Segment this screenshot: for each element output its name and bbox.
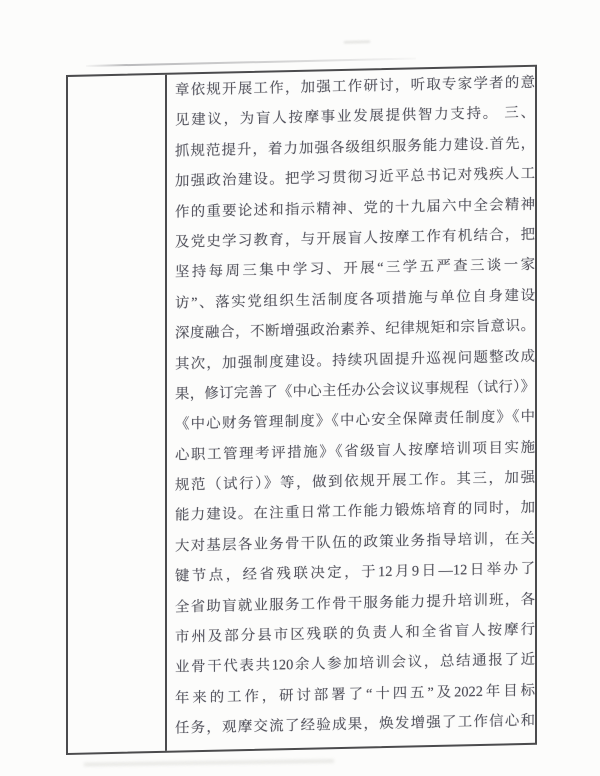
document-lines: 章依规开展工作，加强工作研讨，听取专家学者的意见建议，为盲人按摩事业发展提供智力…	[175, 68, 535, 744]
table-content-cell: 章依规开展工作，加强工作研讨，听取专家学者的意见建议，为盲人按摩事业发展提供智力…	[167, 67, 535, 751]
report-table: 章依规开展工作，加强工作研讨，听取专家学者的意见建议，为盲人按摩事业发展提供智力…	[66, 65, 537, 755]
scan-artifact-line	[86, 58, 416, 67]
text-line: 任务，观摩交流了经验成果，焕发增强了工作信心和	[175, 706, 535, 744]
scanned-document-page: 章依规开展工作，加强工作研讨，听取专家学者的意见建议，为盲人按摩事业发展提供智力…	[0, 0, 600, 776]
scan-artifact-smudge	[84, 760, 334, 766]
scan-artifact-dash	[344, 41, 370, 44]
table-label-cell-empty	[68, 75, 167, 753]
